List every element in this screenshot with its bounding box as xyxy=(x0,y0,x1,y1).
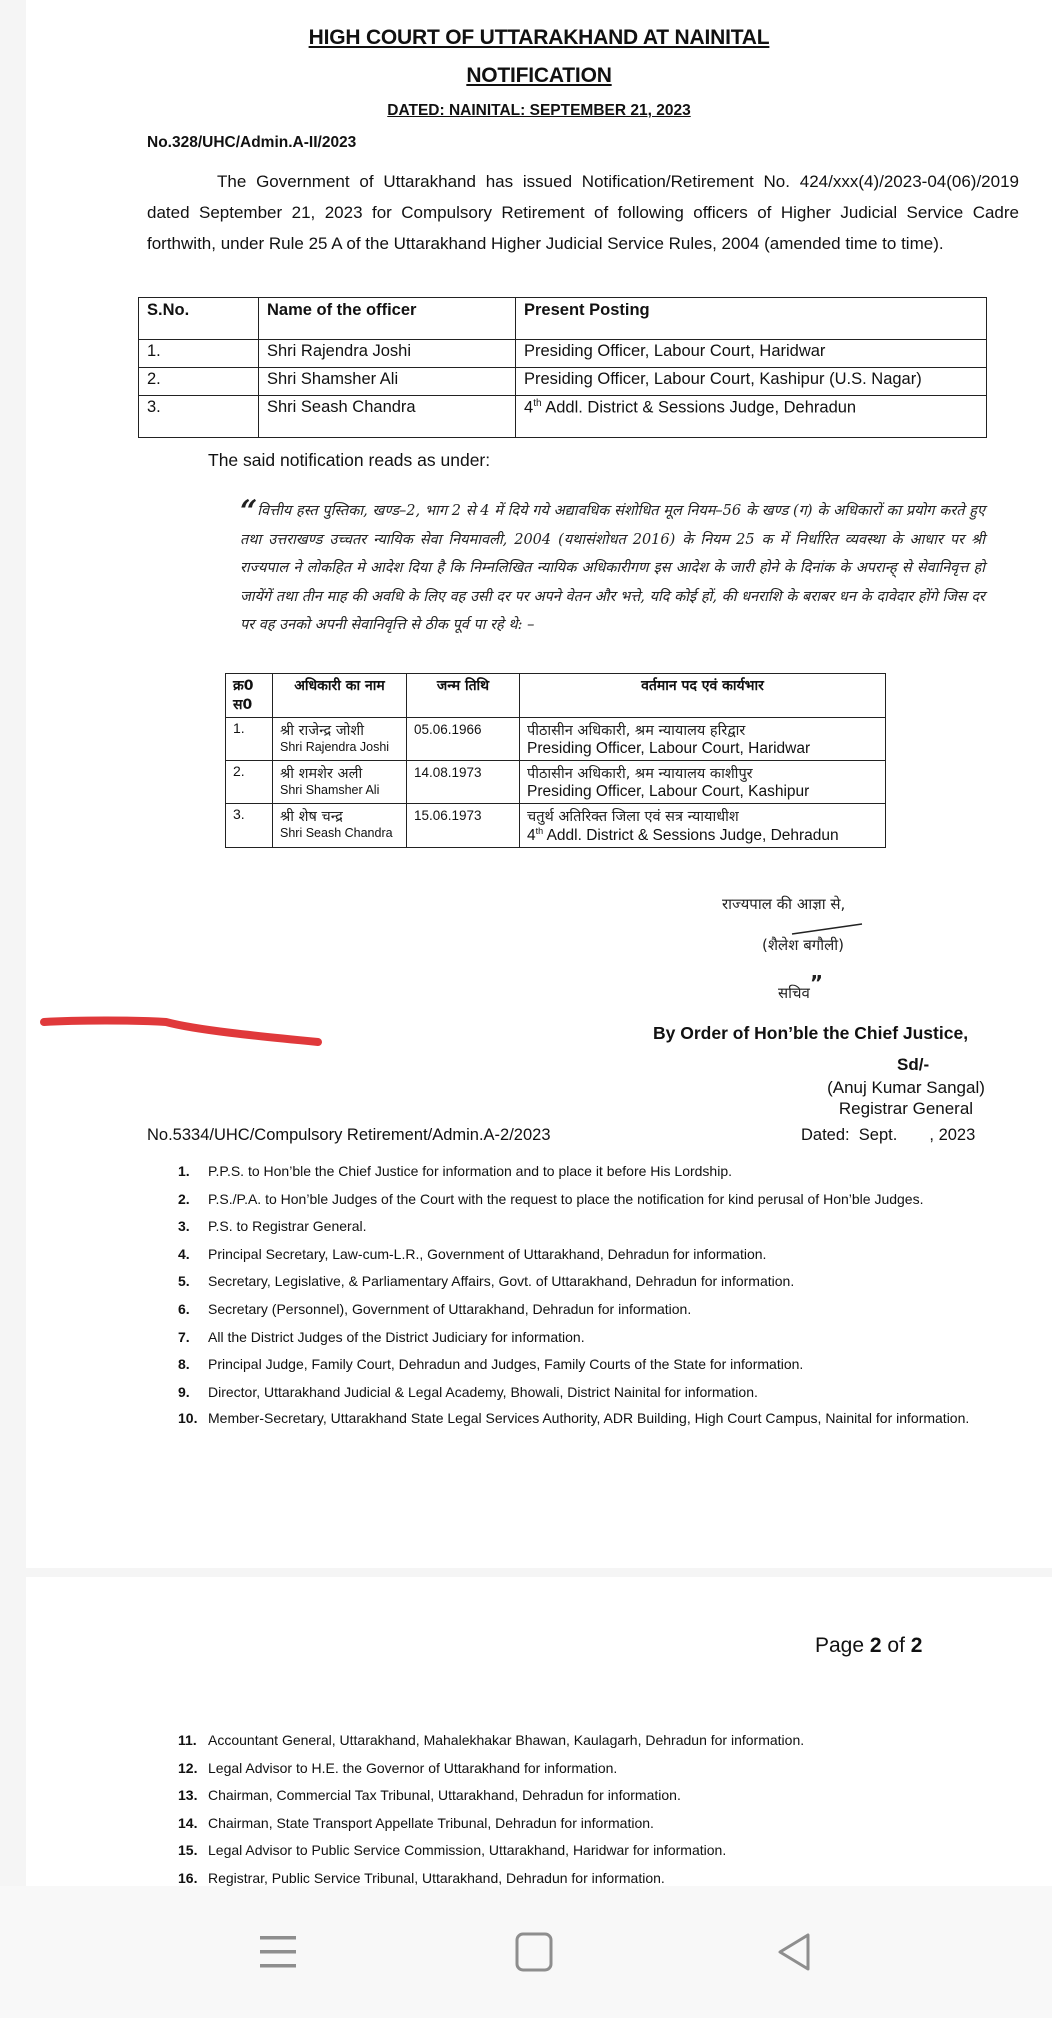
list-item-number: 4. xyxy=(178,1245,190,1263)
list-item-text: All the District Judges of the District … xyxy=(208,1329,585,1345)
list-item-text: Legal Advisor to Public Service Commissi… xyxy=(208,1842,726,1858)
header-posting: Present Posting xyxy=(516,298,987,340)
list-item-text: Chairman, State Transport Appellate Trib… xyxy=(208,1815,654,1831)
notification-heading: NOTIFICATION xyxy=(26,64,1052,88)
list-item: 14.Chairman, State Transport Appellate T… xyxy=(178,1814,1019,1842)
list-item-number: 16. xyxy=(178,1869,197,1887)
list-item: 13.Chairman, Commercial Tax Tribunal, Ut… xyxy=(178,1786,1019,1814)
list-item-number: 12. xyxy=(178,1759,197,1777)
cell-sno: 1. xyxy=(226,718,273,761)
list-item-text: Secretary, Legislative, & Parliamentary … xyxy=(208,1273,794,1289)
list-item-number: 2. xyxy=(178,1190,190,1208)
list-item-text: Member-Secretary, Uttarakhand State Lega… xyxy=(208,1410,969,1426)
cell-posting: Presiding Officer, Labour Court, Kashipu… xyxy=(516,368,987,396)
list-item: 15.Legal Advisor to Public Service Commi… xyxy=(178,1841,1019,1869)
list-item-text: Principal Judge, Family Court, Dehradun … xyxy=(208,1356,803,1372)
list-item: 9.Director, Uttarakhand Judicial & Legal… xyxy=(178,1383,1019,1411)
table-row: 1. श्री राजेन्द्र जोशीShri Rajendra Josh… xyxy=(226,718,886,761)
cell-name: Shri Shamsher Ali xyxy=(259,368,516,396)
header-sno: क्र0 स0 xyxy=(226,674,273,718)
header-name: अधिकारी का नाम xyxy=(273,674,407,718)
list-item: 10.Member-Secretary, Uttarakhand State L… xyxy=(178,1410,1019,1438)
cell-posting: Presiding Officer, Labour Court, Haridwa… xyxy=(516,340,987,368)
cell-post: चतुर्थ अतिरिक्त जिला एवं सत्र न्यायाधीश4… xyxy=(520,804,886,848)
hindi-officers-table: क्र0 स0 अधिकारी का नाम जन्म तिथि वर्तमान… xyxy=(225,673,886,848)
list-item: 3.P.S. to Registrar General. xyxy=(178,1217,1019,1245)
list-item-number: 3. xyxy=(178,1217,190,1235)
memo-date: Dated: Sept. , 2023 xyxy=(801,1126,975,1145)
list-item: 2.P.S./P.A. to Hon’ble Judges of the Cou… xyxy=(178,1190,1019,1218)
table-row: 1. Shri Rajendra Joshi Presiding Officer… xyxy=(139,340,987,368)
list-item-text: Accountant General, Uttarakhand, Mahalek… xyxy=(208,1732,804,1748)
registrar-name: (Anuj Kumar Sangal) xyxy=(796,1077,1016,1098)
list-item-text: Registrar, Public Service Tribunal, Utta… xyxy=(208,1870,665,1886)
home-icon xyxy=(514,1932,554,1972)
cell-dob: 15.06.1973 xyxy=(407,804,520,848)
signature-stroke xyxy=(790,922,865,936)
reads-as-under: The said notification reads as under: xyxy=(208,450,490,471)
list-item: 1.P.P.S. to Hon’ble the Chief Justice fo… xyxy=(178,1162,1019,1190)
recents-icon xyxy=(258,1932,298,1972)
list-item-text: P.P.S. to Hon’ble the Chief Justice for … xyxy=(208,1163,732,1179)
cell-posting: 4th Addl. District & Sessions Judge, Deh… xyxy=(516,396,987,438)
cell-sno: 2. xyxy=(139,368,259,396)
list-item-text: Secretary (Personnel), Government of Utt… xyxy=(208,1301,691,1317)
hindi-designation: सचिव” xyxy=(778,971,823,1003)
cell-name: Shri Seash Chandra xyxy=(259,396,516,438)
registrar-designation: Registrar General xyxy=(796,1098,1016,1119)
signed-mark: Sd/- xyxy=(897,1055,929,1075)
header-name: Name of the officer xyxy=(259,298,516,340)
list-item-text: Chairman, Commercial Tax Tribunal, Uttar… xyxy=(208,1787,681,1803)
home-button[interactable] xyxy=(512,1930,556,1974)
cell-name: Shri Rajendra Joshi xyxy=(259,340,516,368)
intro-paragraph: The Government of Uttarakhand has issued… xyxy=(147,166,1019,259)
list-item: 6.Secretary (Personnel), Government of U… xyxy=(178,1300,1019,1328)
list-item-text: P.S./P.A. to Hon’ble Judges of the Court… xyxy=(208,1191,923,1207)
notification-date: DATED: NAINITAL: SEPTEMBER 21, 2023 xyxy=(26,102,1052,120)
table-row: 3. श्री शेष चन्द्रShri Seash Chandra 15.… xyxy=(226,804,886,848)
recent-apps-button[interactable] xyxy=(256,1930,300,1974)
list-item-text: Legal Advisor to H.E. the Governor of Ut… xyxy=(208,1760,617,1776)
document-page-2: Page 2 of 2 11.Accountant General, Uttar… xyxy=(26,1577,1052,1886)
list-item-number: 15. xyxy=(178,1841,197,1859)
table-header-row: क्र0 स0 अधिकारी का नाम जन्म तिथि वर्तमान… xyxy=(226,674,886,718)
header-post: वर्तमान पद एवं कार्यभार xyxy=(520,674,886,718)
table-row: 2. Shri Shamsher Ali Presiding Officer, … xyxy=(139,368,987,396)
list-item-number: 9. xyxy=(178,1383,190,1401)
cell-name: श्री शमशेर अलीShri Shamsher Ali xyxy=(273,761,407,804)
list-item-number: 6. xyxy=(178,1300,190,1318)
cell-dob: 05.06.1966 xyxy=(407,718,520,761)
list-item-number: 7. xyxy=(178,1328,190,1346)
header-sno: S.No. xyxy=(139,298,259,340)
list-item-number: 13. xyxy=(178,1786,197,1804)
list-item-number: 8. xyxy=(178,1355,190,1373)
list-item-number: 11. xyxy=(178,1731,197,1749)
table-row: 3. Shri Seash Chandra 4th Addl. District… xyxy=(139,396,987,438)
back-icon xyxy=(774,1932,814,1972)
list-item-text: P.S. to Registrar General. xyxy=(208,1218,366,1234)
document-page-1: HIGH COURT OF UTTARAKHAND AT NAINITAL NO… xyxy=(26,0,1052,1568)
list-item: 7.All the District Judges of the Distric… xyxy=(178,1328,1019,1356)
list-item: 5.Secretary, Legislative, & Parliamentar… xyxy=(178,1272,1019,1300)
table-header-row: S.No. Name of the officer Present Postin… xyxy=(139,298,987,340)
list-item: 12.Legal Advisor to H.E. the Governor of… xyxy=(178,1759,1019,1787)
copy-forwarded-list-continued: 11.Accountant General, Uttarakhand, Maha… xyxy=(178,1731,1019,1897)
cell-dob: 14.08.1973 xyxy=(407,761,520,804)
list-item: 11.Accountant General, Uttarakhand, Maha… xyxy=(178,1731,1019,1759)
memo-reference: No.5334/UHC/Compulsory Retirement/Admin.… xyxy=(147,1126,551,1145)
cell-sno: 1. xyxy=(139,340,259,368)
cell-name: श्री शेष चन्द्रShri Seash Chandra xyxy=(273,804,407,848)
list-item-number: 1. xyxy=(178,1162,190,1180)
cell-post: पीठासीन अधिकारी, श्रम न्यायालय हरिद्वारP… xyxy=(520,718,886,761)
list-item-number: 14. xyxy=(178,1814,197,1832)
list-item-number: 10. xyxy=(178,1410,197,1427)
table-row: 2. श्री शमशेर अलीShri Shamsher Ali 14.08… xyxy=(226,761,886,804)
copy-forwarded-list: 1.P.P.S. to Hon’ble the Chief Justice fo… xyxy=(178,1162,1019,1438)
reference-number: No.328/UHC/Admin.A-II/2023 xyxy=(147,134,356,152)
cell-name: श्री राजेन्द्र जोशीShri Rajendra Joshi xyxy=(273,718,407,761)
list-item-text: Principal Secretary, Law-cum-L.R., Gover… xyxy=(208,1246,766,1262)
cell-sno: 2. xyxy=(226,761,273,804)
list-item: 8.Principal Judge, Family Court, Dehradu… xyxy=(178,1355,1019,1383)
officers-table: S.No. Name of the officer Present Postin… xyxy=(138,297,987,438)
list-item: 4.Principal Secretary, Law-cum-L.R., Gov… xyxy=(178,1245,1019,1273)
cell-sno: 3. xyxy=(226,804,273,848)
court-title: HIGH COURT OF UTTARAKHAND AT NAINITAL xyxy=(26,26,1052,50)
page-indicator: Page 2 of 2 xyxy=(815,1634,922,1658)
system-navigation-bar xyxy=(0,1886,1052,2018)
open-quote-mark: “ xyxy=(240,494,257,529)
red-annotation-mark xyxy=(36,1008,336,1048)
cell-sno: 3. xyxy=(139,396,259,438)
list-item-number: 5. xyxy=(178,1272,190,1290)
hindi-signatory-name: (शैलेश बगौली) xyxy=(762,935,844,955)
hindi-quoted-notification: “वित्तीय हस्त पुस्तिका, खण्ड–2, भाग 2 से… xyxy=(240,497,985,640)
hindi-by-order: राज्यपाल की आज्ञा से, xyxy=(722,894,845,914)
list-item-text: Director, Uttarakhand Judicial & Legal A… xyxy=(208,1384,758,1400)
header-dob: जन्म तिथि xyxy=(407,674,520,718)
by-order-line: By Order of Hon’ble the Chief Justice, xyxy=(653,1023,968,1044)
cell-post: पीठासीन अधिकारी, श्रम न्यायालय काशीपुरPr… xyxy=(520,761,886,804)
registrar-block: (Anuj Kumar Sangal) Registrar General xyxy=(796,1077,1016,1119)
back-button[interactable] xyxy=(772,1930,816,1974)
